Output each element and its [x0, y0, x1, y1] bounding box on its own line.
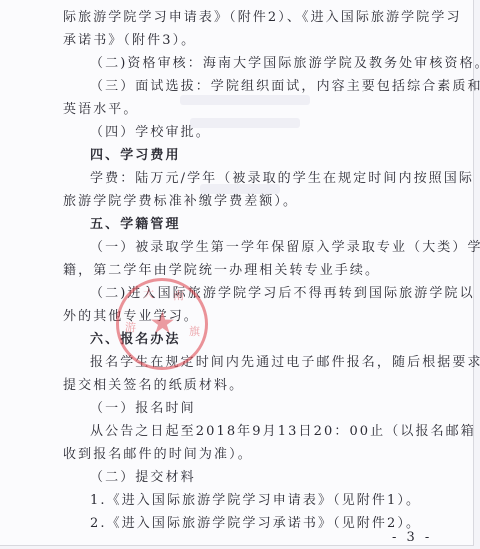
document-body: 际旅游学院学习申请表》（附件2）、《进入国际旅游学院学习 承诺书》（附件3）。 … — [63, 6, 423, 535]
paragraph-line: （二)资格审核：海南大学国际旅游学院及教务处审核资格。 — [63, 52, 423, 75]
paragraph-line: 报名学生在规定时间内先通过电子邮件报名，随后根据要求 — [63, 351, 423, 374]
paragraph-line: （一）报名时间 — [63, 397, 423, 420]
paragraph-line: 外的其他专业学习。 — [63, 305, 423, 328]
paragraph-line: 1.《进入国际旅游学院学习申请表》（见附件1）。 — [63, 489, 423, 512]
paragraph-line: （二)进入国际旅游学院学习后不得再转到国际旅游学院以 — [63, 282, 423, 305]
paragraph-line: 际旅游学院学习申请表》（附件2）、《进入国际旅游学院学习 — [63, 6, 423, 29]
paragraph-line: 学费：陆万元/学年（被录取的学生在规定时间内按照国际 — [63, 167, 423, 190]
section-heading-registration: 六、报名办法 — [63, 328, 423, 351]
document-page: 际旅游学院学习申请表》（附件2）、《进入国际旅游学院学习 承诺书》（附件3）。 … — [0, 0, 474, 546]
paragraph-line: （三）面试选拔：学院组织面试，内容主要包括综合素质和 — [63, 75, 423, 98]
paragraph-line: （二）提交材料 — [63, 466, 423, 489]
section-heading-fees: 四、学习费用 — [63, 144, 423, 167]
section-heading-status: 五、学籍管理 — [63, 213, 423, 236]
paragraph-line: （四）学校审批。 — [63, 121, 423, 144]
paragraph-line: 从公告之日起至2018年9月13日20：00止（以报名邮箱 — [63, 420, 423, 443]
paragraph-line: 收到报名邮件的时间为准）。 — [63, 443, 423, 466]
paragraph-line: 英语水平。 — [63, 98, 423, 121]
page-number: - 3 - — [392, 530, 432, 545]
paragraph-line: 承诺书》（附件3）。 — [63, 29, 423, 52]
paragraph-line: （一）被录取学生第一学年保留原入学录取专业（大类）学 — [63, 236, 423, 259]
paragraph-line: 2.《进入国际旅游学院学习承诺书》（见附件2）。 — [63, 512, 423, 535]
paragraph-line: 籍，第二学年由学院统一办理相关转专业手续。 — [63, 259, 423, 282]
paragraph-line: 提交相关签名的纸质材料。 — [63, 374, 423, 397]
paragraph-line: 旅游学院学费标准补缴学费差额）。 — [63, 190, 423, 213]
